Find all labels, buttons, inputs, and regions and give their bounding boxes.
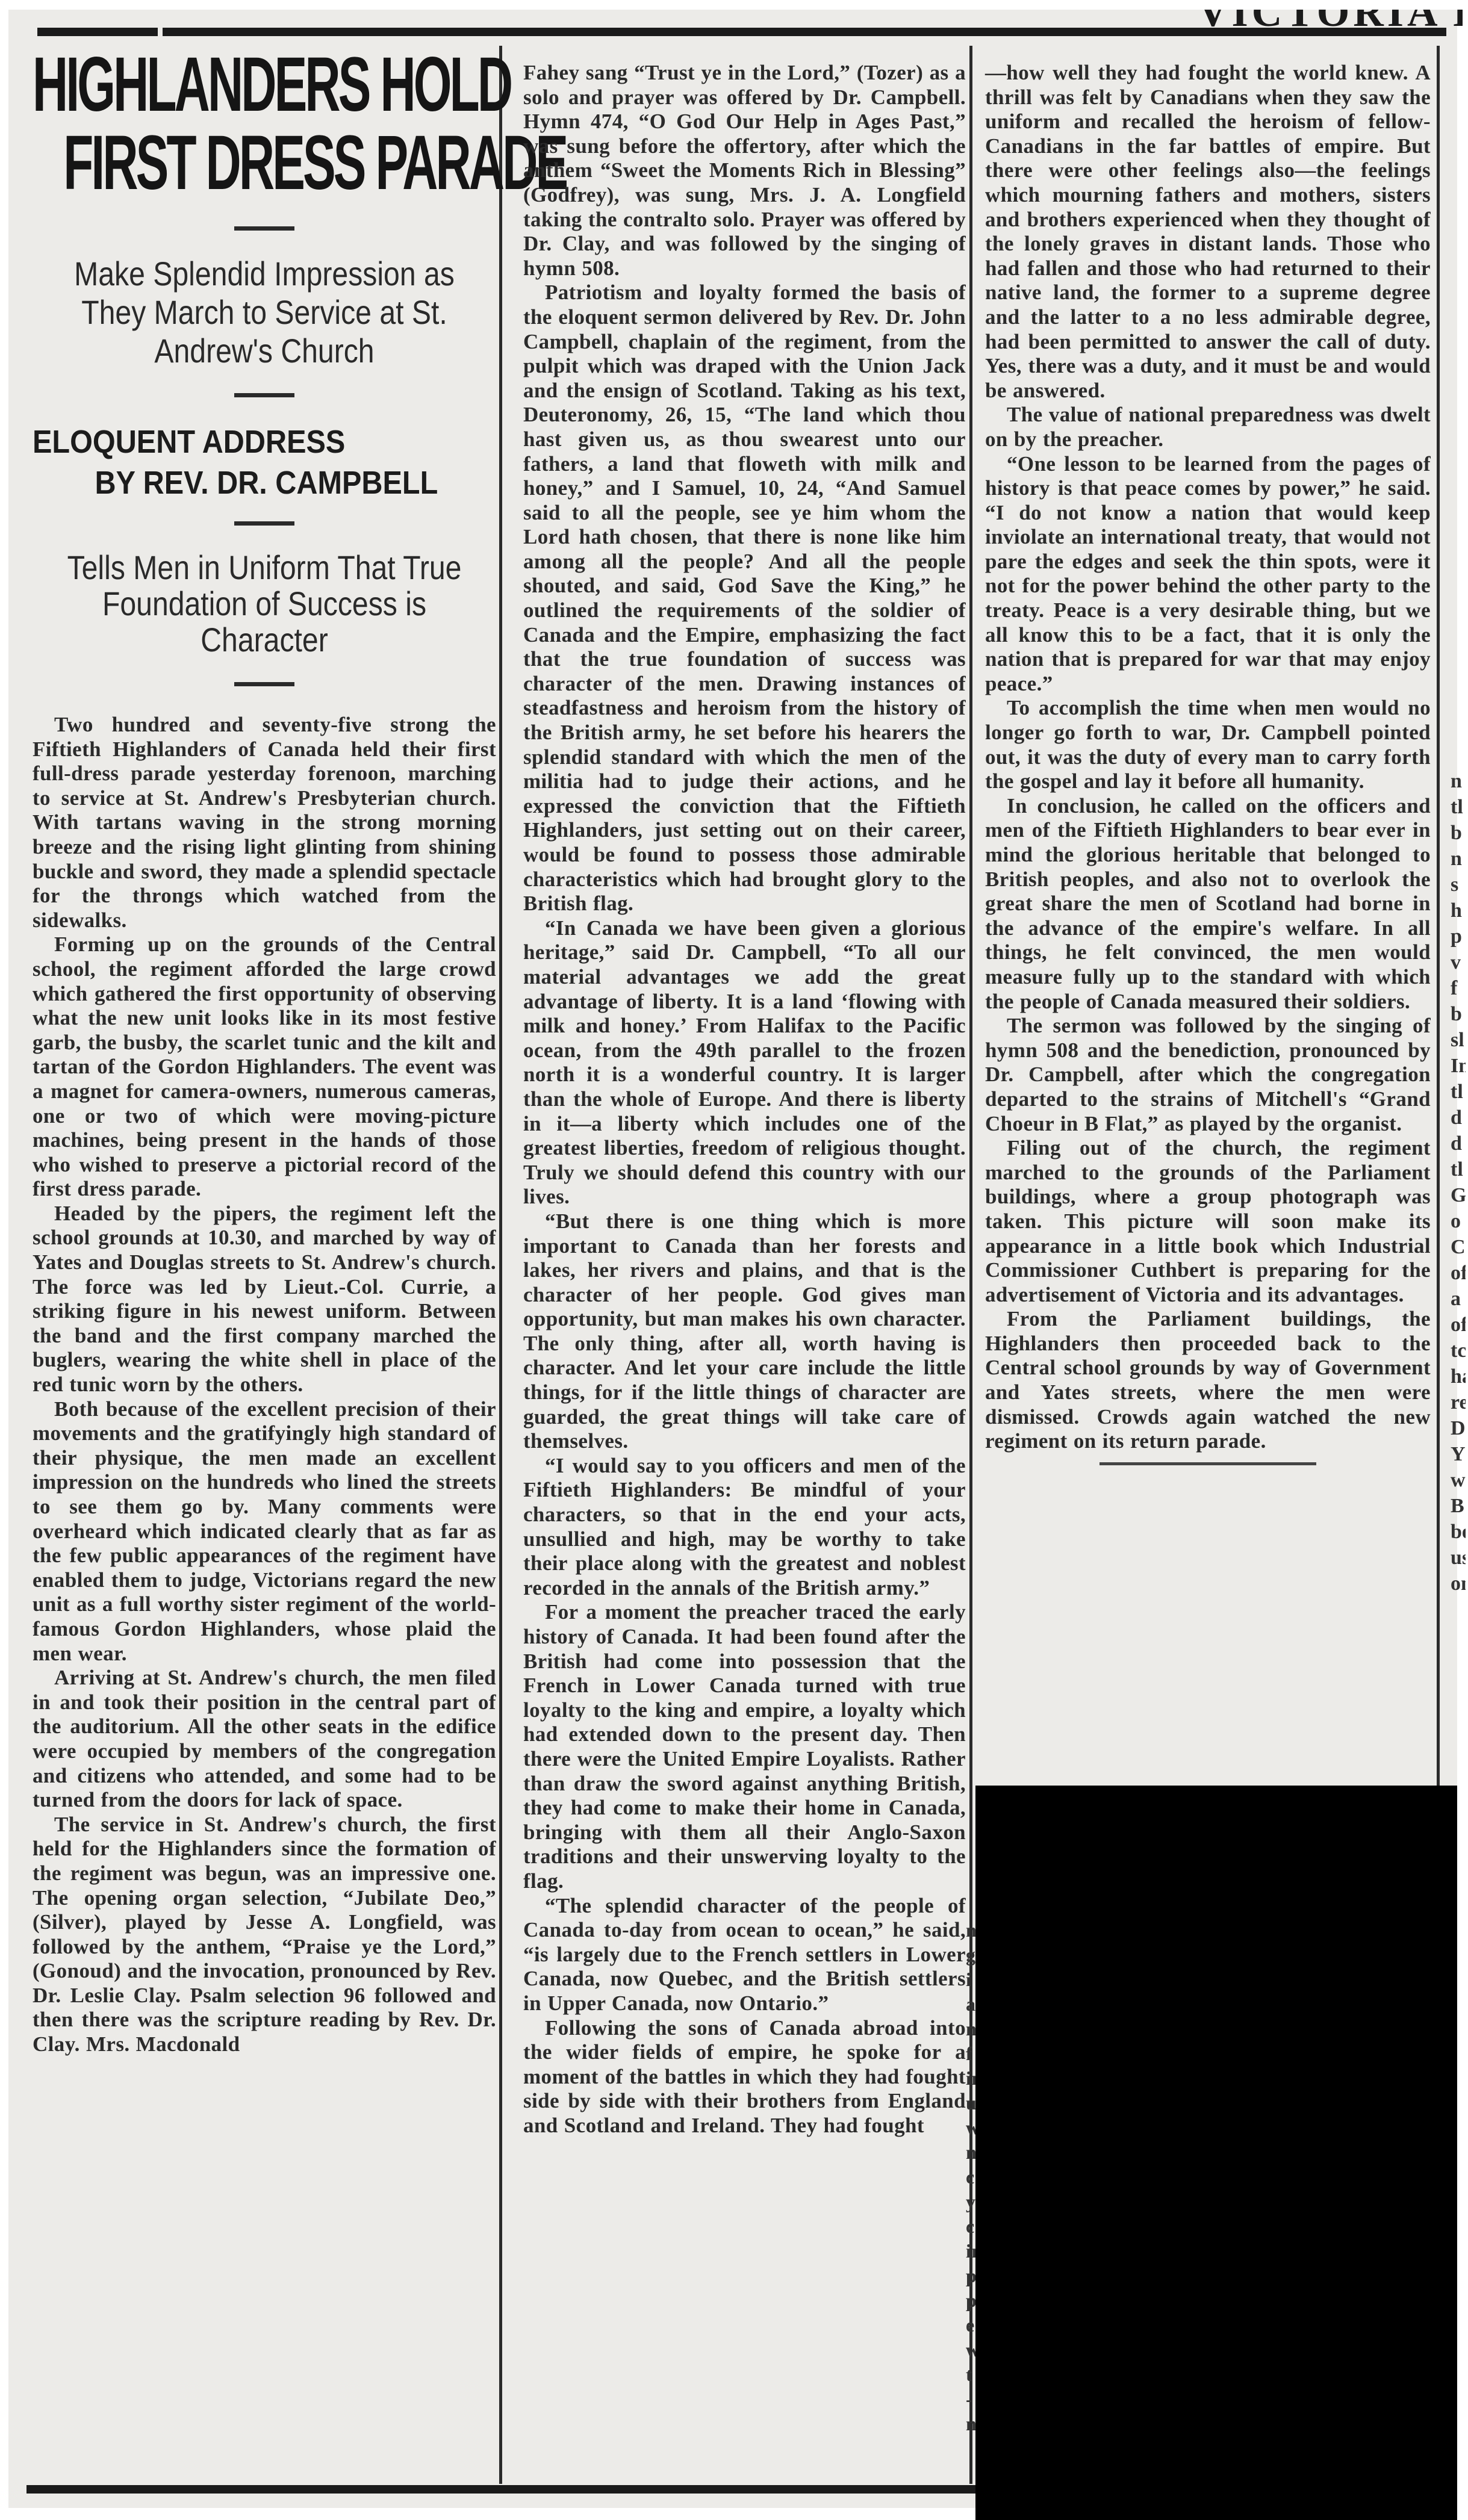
article-body-column-3: —how well they had fought the world knew…: [985, 61, 1431, 1454]
article-paragraph: Forming up on the grounds of the Central…: [33, 933, 496, 1202]
fragment-text: tl: [1451, 1156, 1466, 1182]
article-body-column-1: Two hundred and seventy-five strong the …: [33, 713, 496, 2057]
fragment-text: v: [1451, 949, 1466, 975]
fragment-text: o: [1451, 1208, 1466, 1234]
section-dash: [234, 226, 294, 231]
adjacent-article-fragment-right: ntlbnshpvfbslIntlddtlGoCofaoftchareDYwBb…: [1451, 768, 1466, 1792]
article-paragraph: “The splendid character of the people of…: [523, 1894, 966, 2016]
article-paragraph: “One lesson to be learned from the pages…: [985, 452, 1431, 697]
fragment-text: tl: [1451, 794, 1466, 820]
deck-subheading-3: Tells Men in Uniform That True Foundatio…: [65, 550, 464, 658]
fragment-text: w: [1451, 1467, 1466, 1493]
article-paragraph: Filing out of the church, the regiment m…: [985, 1136, 1431, 1307]
fragment-text: B: [1451, 1493, 1466, 1519]
article-column-1: HIGHLANDERS HOLD FIRST DRESS PARADE Make…: [33, 46, 496, 2057]
deck-subheading-1: Make Splendid Impression as They March t…: [65, 255, 464, 370]
fragment-text: d: [1451, 1105, 1466, 1131]
fragment-text: a: [1451, 1286, 1466, 1312]
fragment-text: of: [1451, 1260, 1466, 1286]
fragment-text: on: [1451, 1571, 1466, 1597]
article-paragraph: In conclusion, he called on the officers…: [985, 794, 1431, 1014]
fragment-text: ha: [1451, 1364, 1466, 1389]
fragment-text: C: [1451, 1234, 1466, 1260]
top-rule: [37, 28, 1446, 36]
fragment-text: d: [1451, 1131, 1466, 1156]
fragment-text: p: [1451, 923, 1466, 949]
top-rule-gap: [158, 28, 163, 36]
article-paragraph: Patriotism and loyalty formed the basis …: [523, 281, 966, 916]
fragment-text: b: [1451, 820, 1466, 846]
fragment-text: sl: [1451, 1027, 1466, 1053]
fragment-text: tc: [1451, 1338, 1466, 1364]
redacted-region: [975, 1786, 1457, 2520]
article-body-column-2: Fahey sang “Trust ye in the Lord,” (Toze…: [523, 61, 966, 2138]
deck-subheading-2: ELOQUENT ADDRESS BY REV. DR. CAMPBELL: [33, 421, 450, 503]
article-column-2: Fahey sang “Trust ye in the Lord,” (Toze…: [523, 61, 966, 2138]
fragment-text: G: [1451, 1182, 1466, 1208]
article-paragraph: Headed by the pipers, the regiment left …: [33, 1202, 496, 1397]
headline: HIGHLANDERS HOLD FIRST DRESS PARADE: [33, 46, 329, 202]
article-paragraph: Arriving at St. Andrew's church, the men…: [33, 1666, 496, 1813]
fragment-text: n: [1451, 768, 1466, 794]
section-dash: [234, 521, 294, 526]
column-divider: [1437, 46, 1440, 1786]
fragment-text: n: [1451, 846, 1466, 872]
article-end-rule: [1099, 1462, 1316, 1465]
article-paragraph: Following the sons of Canada abroad into…: [523, 2016, 966, 2138]
fragment-text: h: [1451, 898, 1466, 923]
fragment-text: re: [1451, 1389, 1466, 1415]
article-paragraph: Two hundred and seventy-five strong the …: [33, 713, 496, 933]
fragment-text: Y: [1451, 1441, 1466, 1467]
fragment-text: D: [1451, 1415, 1466, 1441]
fragment-text: s: [1451, 872, 1466, 898]
section-dash: [234, 682, 294, 686]
article-paragraph: From the Parliament buildings, the Highl…: [985, 1307, 1431, 1454]
article-paragraph: The sermon was followed by the singing o…: [985, 1014, 1431, 1136]
fragment-text: In: [1451, 1053, 1466, 1079]
article-paragraph: For a moment the preacher traced the ear…: [523, 1600, 966, 1893]
article-paragraph: “I would say to you officers and men of …: [523, 1454, 966, 1601]
article-paragraph: “In Canada we have been given a glorious…: [523, 916, 966, 1209]
article-paragraph: —how well they had fought the world knew…: [985, 61, 1431, 403]
fragment-text: of: [1451, 1312, 1466, 1338]
article-paragraph: To accomplish the time when men would no…: [985, 696, 1431, 793]
bottom-rule: [26, 2485, 978, 2494]
article-paragraph: Both because of the excellent precision …: [33, 1397, 496, 1666]
article-column-3: —how well they had fought the world knew…: [985, 61, 1431, 1465]
fragment-text: be: [1451, 1519, 1466, 1545]
fragment-text: f: [1451, 975, 1466, 1001]
article-paragraph: Fahey sang “Trust ye in the Lord,” (Toze…: [523, 61, 966, 281]
article-paragraph: The service in St. Andrew's church, the …: [33, 1813, 496, 2057]
fragment-text: b: [1451, 1001, 1466, 1027]
fragment-text: us: [1451, 1545, 1466, 1571]
section-dash: [234, 393, 294, 397]
column-divider: [499, 46, 502, 2484]
fragment-text: tl: [1451, 1079, 1466, 1105]
article-paragraph: “But there is one thing which is more im…: [523, 1209, 966, 1454]
article-paragraph: The value of national preparedness was d…: [985, 403, 1431, 452]
